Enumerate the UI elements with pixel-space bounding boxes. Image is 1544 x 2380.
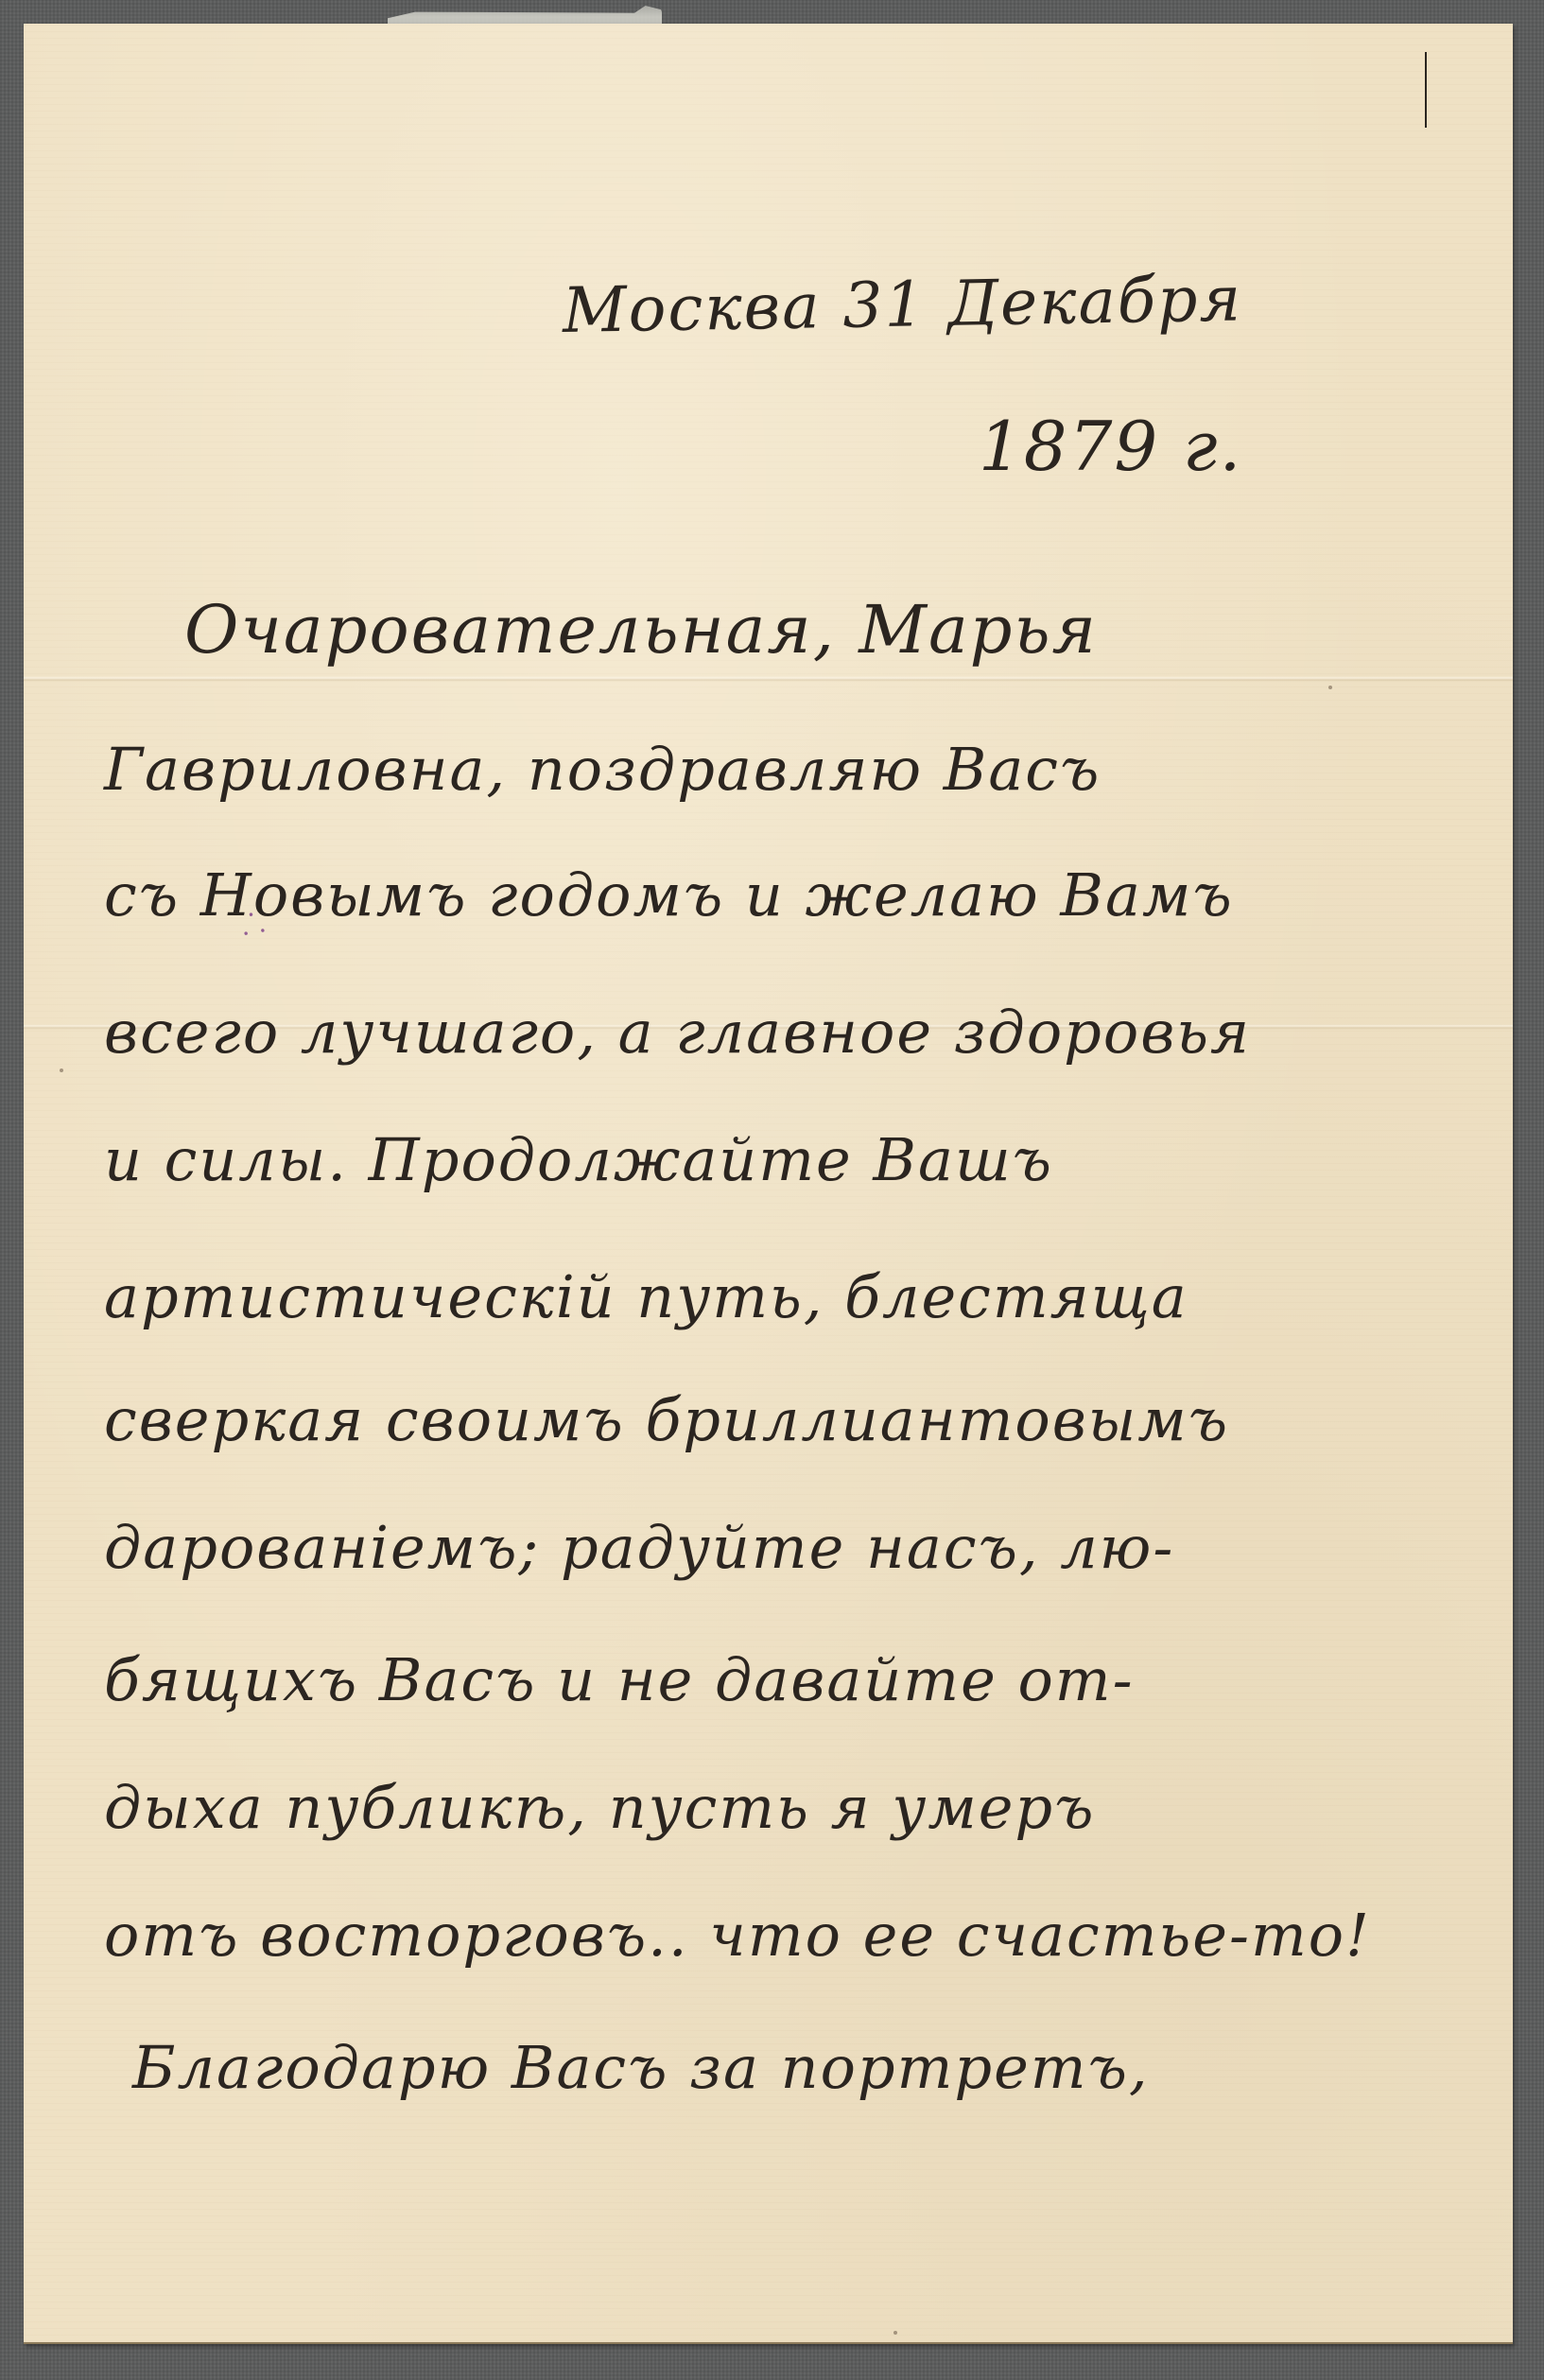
letter-place-date: Москва 31 Декабря (562, 262, 1242, 347)
letter-body-line: Благодарю Васъ за портретъ, (132, 2033, 1150, 2102)
letter-page: Москва 31 Декабря 1879 г. ⸫ Очаровательн… (24, 24, 1513, 2344)
letter-body-line: Очаровательная, Марья (184, 591, 1098, 669)
letter-body-line: отъ восторговъ.. что ее счастье-то! (104, 1901, 1371, 1970)
paper-blemish (1328, 686, 1332, 689)
paper-blemish (60, 1068, 63, 1072)
letter-body-line: и силы. Продолжайте Вашъ (104, 1125, 1053, 1194)
letter-body-line: дарованіемъ; радуйте насъ, лю- (104, 1513, 1174, 1582)
letter-body-line: Гавриловна, поздравляю Васъ (104, 735, 1101, 804)
paper-fold-line (24, 676, 1513, 682)
paper-blemish (893, 2331, 897, 2335)
letter-body-line: съ Новымъ годомъ и желаю Вамъ (104, 860, 1234, 929)
letter-body-line: сверкая своимъ бриллиантовымъ (104, 1385, 1229, 1454)
letter-year: 1879 г. (979, 407, 1242, 486)
letter-body-line: дыха публикѣ, пусть я умеръ (104, 1773, 1095, 1842)
letter-body-line: всего лучшаго, а главное здоровья (104, 998, 1251, 1067)
letter-body-line: артистическій путь, блестяща (104, 1262, 1188, 1331)
letter-body-line: бящихъ Васъ и не давайте от- (104, 1645, 1135, 1714)
page-number-mark (1425, 52, 1427, 128)
